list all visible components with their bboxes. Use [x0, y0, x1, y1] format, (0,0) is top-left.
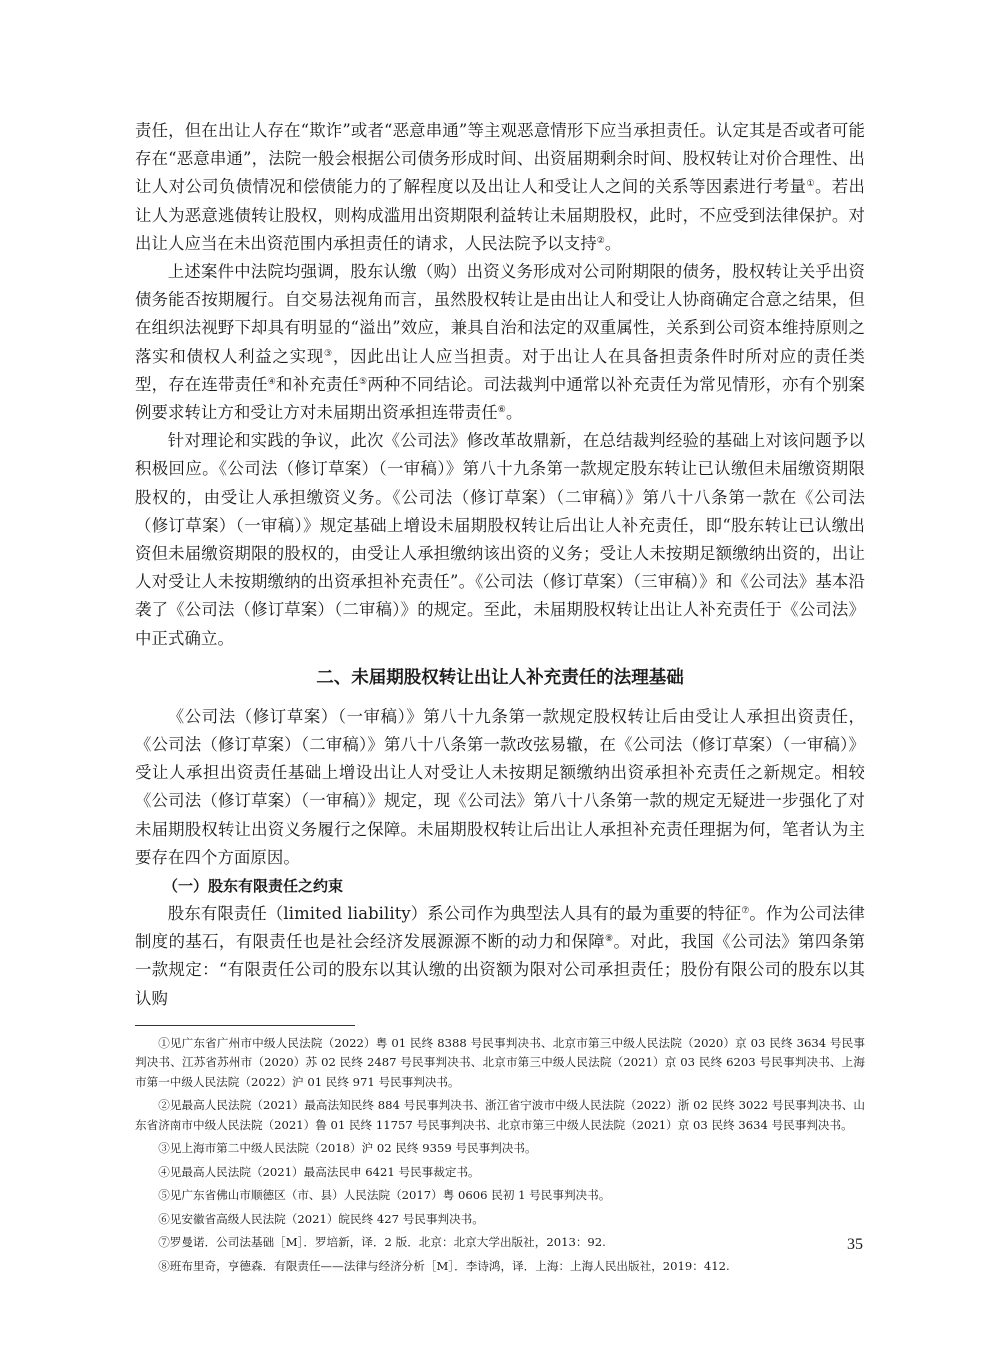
paragraph-text: 。 [506, 403, 523, 422]
footnote-reference[interactable]: ⑥ [498, 405, 506, 415]
footnote-reference[interactable]: ③ [324, 349, 333, 359]
paragraph-text: 针对理论和实践的争议，此次《公司法》修改革故鼎新，在总结裁判经验的基础上对该问题… [135, 431, 865, 647]
page-number: 35 [847, 1236, 863, 1254]
footnotes: ①见广东省广州市中级人民法院（2022）粤 01 民终 8388 号民事判决书、… [135, 1034, 865, 1277]
footnote: ⑥见安徽省高级人民法院（2021）皖民终 427 号民事判决书。 [135, 1210, 865, 1230]
paragraph-text: 。 [605, 234, 622, 253]
footnote-reference[interactable]: ⑧ [605, 934, 613, 944]
body-section: 《公司法（修订草案）（一审稿）》第八十九条第一款规定股权转让后由受让人承担出资责… [135, 703, 865, 872]
footnote: ②见最高人民法院（2021）最高法知民终 884 号民事判决书、浙江省宁波市中级… [135, 1096, 865, 1135]
footnote: ①见广东省广州市中级人民法院（2022）粤 01 民终 8388 号民事判决书、… [135, 1034, 865, 1093]
body-sub: 股东有限责任（limited liability）系公司作为典型法人具有的最为重… [135, 900, 865, 1013]
page-content: 责任，但在出让人存在“欺诈”或者“恶意串通”等主观恶意情形下应当承担责任。认定其… [135, 117, 865, 1280]
footnote-reference[interactable]: ④ [268, 377, 276, 387]
footnote: ④见最高人民法院（2021）最高法民申 6421 号民事裁定书。 [135, 1163, 865, 1183]
footnote-reference[interactable]: ② [597, 236, 605, 246]
paragraph: 《公司法（修订草案）（一审稿）》第八十九条第一款规定股权转让后由受让人承担出资责… [135, 703, 865, 872]
paragraph-text: 责任，但在出让人存在“欺诈”或者“恶意串通”等主观恶意情形下应当承担责任。认定其… [135, 121, 865, 196]
paragraph-text: 《公司法（修订草案）（一审稿）》第八十九条第一款规定股权转让后由受让人承担出资责… [135, 707, 865, 867]
paragraph: 上述案件中法院均强调，股东认缴（购）出资义务形成对公司附期限的债务，股权转让关乎… [135, 258, 865, 427]
body-top: 责任，但在出让人存在“欺诈”或者“恶意串通”等主观恶意情形下应当承担责任。认定其… [135, 117, 865, 653]
footnote: ③见上海市第二中级人民法院（2018）沪 02 民终 9359 号民事判决书。 [135, 1139, 865, 1159]
footnote: ⑦罗曼诺．公司法基础［M］．罗培新，译．2 版．北京：北京大学出版社，2013：… [135, 1233, 865, 1253]
paragraph-text: 股东有限责任（limited liability）系公司作为典型法人具有的最为重… [168, 904, 741, 923]
footnote: ⑧班布里奇，亨德森．有限责任——法律与经济分析［M］．李诗鸿，译．上海：上海人民… [135, 1257, 865, 1277]
paragraph: 股东有限责任（limited liability）系公司作为典型法人具有的最为重… [135, 900, 865, 1013]
footnote: ⑤见广东省佛山市顺德区（市、县）人民法院（2017）粤 0606 民初 1 号民… [135, 1186, 865, 1206]
paragraph: 针对理论和实践的争议，此次《公司法》修改革故鼎新，在总结裁判经验的基础上对该问题… [135, 427, 865, 653]
section-heading: 二、未届期股权转让出让人补充责任的法理基础 [135, 653, 865, 703]
paragraph-text: 和补充责任 [276, 375, 359, 394]
paragraph: 责任，但在出让人存在“欺诈”或者“恶意串通”等主观恶意情形下应当承担责任。认定其… [135, 117, 865, 258]
footnote-divider [135, 1025, 355, 1026]
sub-heading: （一）股东有限责任之约束 [135, 872, 865, 900]
footnote-reference[interactable]: ① [806, 179, 814, 189]
